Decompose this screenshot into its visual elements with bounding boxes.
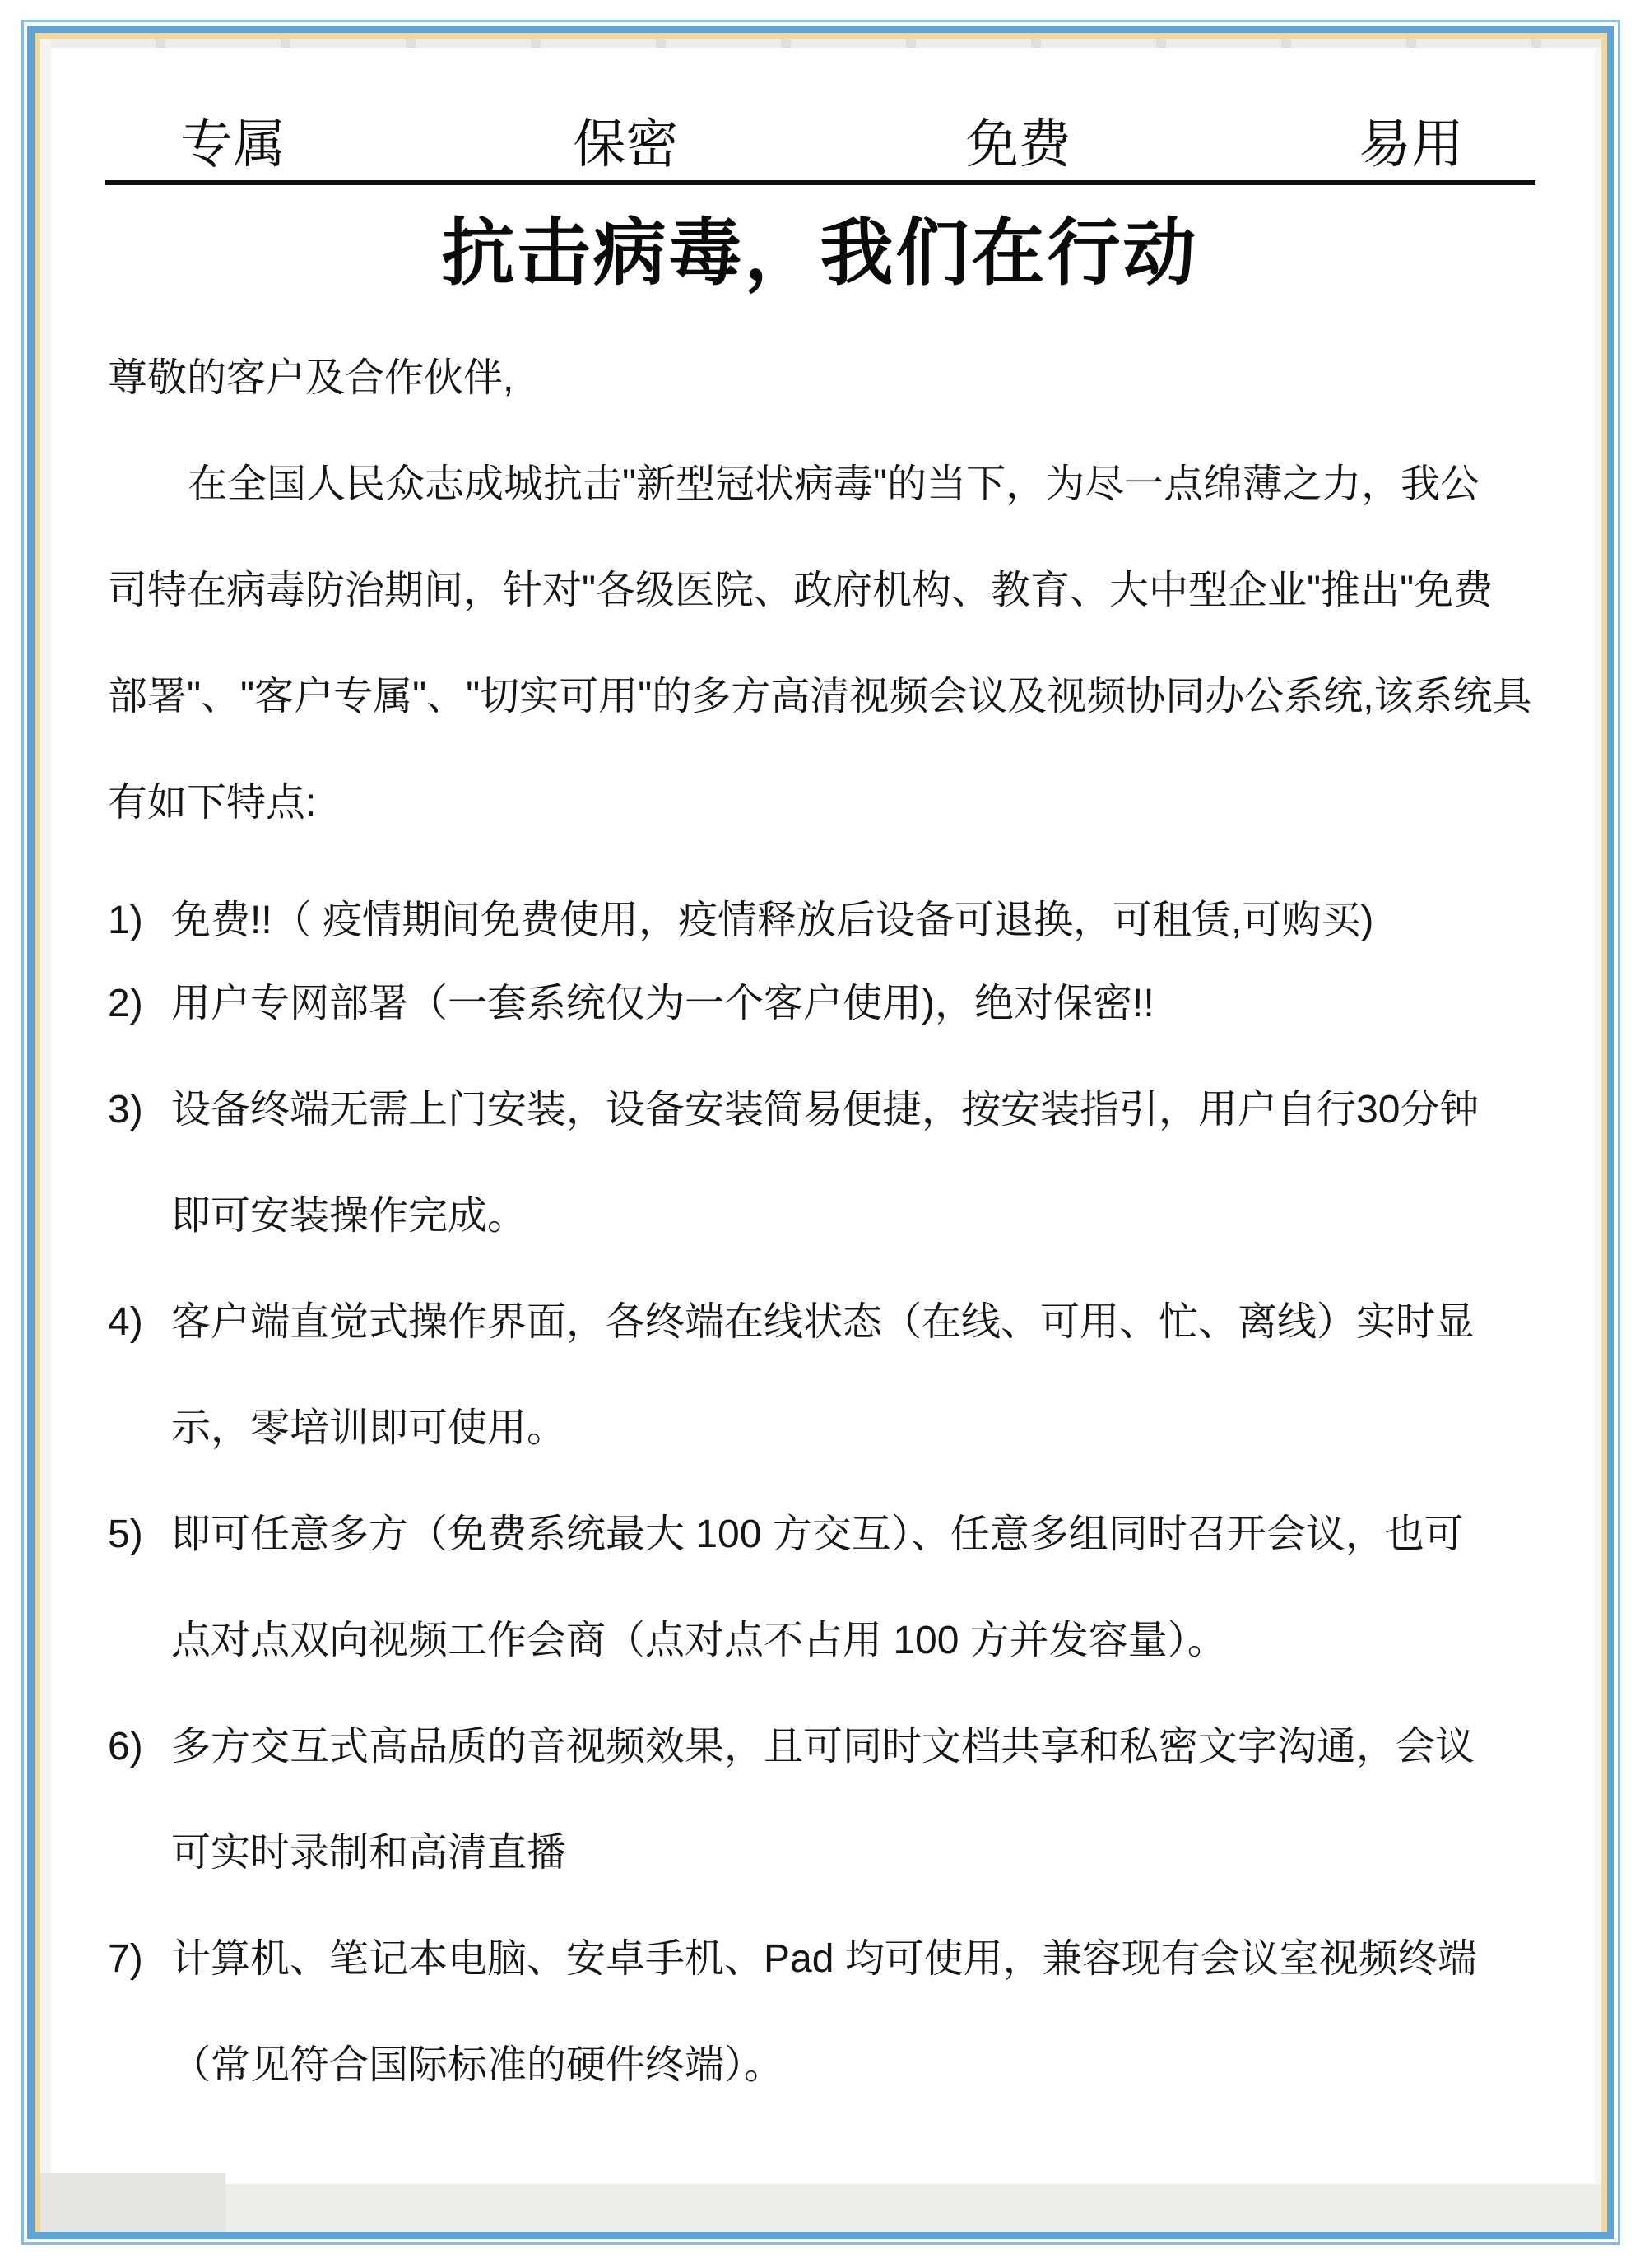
feature-number: 2): [108, 950, 171, 1057]
scan-shading-top: [40, 39, 1601, 48]
feature-item-4-continuation: 示，零培训即可使用。: [108, 1375, 1546, 1481]
document-page: 专属 保密 免费 易用 抗击病毒，我们在行动 尊敬的客户及合作伙伴, 在全国人民…: [0, 0, 1640, 2268]
feature-number: 7): [108, 1906, 171, 2012]
page-title: 抗击病毒，我们在行动: [0, 204, 1640, 301]
feature-text: 客户端直觉式操作界面，各终端在线状态（在线、可用、忙、离线）实时显: [171, 1300, 1475, 1344]
intro-line: 有如下特点:: [108, 750, 1546, 856]
scan-shading-corner: [40, 2173, 225, 2232]
feature-item-3: 3)设备终端无需上门安装，设备安装简易便捷，按安装指引，用户自行30分钟: [108, 1057, 1546, 1163]
body-text: 尊敬的客户及合作伙伴, 在全国人民众志成城抗击"新型冠状病毒"的当下，为尽一点绵…: [108, 325, 1546, 2118]
feature-text: 多方交互式高品质的音视频效果，且可同时文档共享和私密文字沟通，会议: [171, 1725, 1475, 1768]
header-tag-exclusive: 专属: [180, 115, 286, 174]
header-tags: 专属 保密 免费 易用: [109, 115, 1535, 174]
header-tag-easy: 易用: [1359, 115, 1464, 174]
intro-line: 司特在病毒防治期间，针对"各级医院、政府机构、教育、大中型企业"推出"免费: [108, 537, 1546, 644]
feature-text: 即可任意多方（免费系统最大 100 方交互）、任意多组同时召开会议，也可: [171, 1513, 1464, 1556]
feature-number: 4): [108, 1269, 171, 1375]
header-divider: [105, 180, 1535, 185]
salutation: 尊敬的客户及合作伙伴,: [108, 325, 1546, 431]
feature-item-6: 6)多方交互式高品质的音视频效果，且可同时文档共享和私密文字沟通，会议: [108, 1694, 1546, 1800]
feature-text: 用户专网部署（一套系统仅为一个客户使用)，绝对保密!!: [171, 982, 1155, 1025]
feature-number: 5): [108, 1481, 171, 1587]
scan-shading-left: [40, 39, 51, 2232]
header-tag-confidential: 保密: [573, 115, 678, 174]
feature-number: 6): [108, 1694, 171, 1800]
feature-text: 计算机、笔记本电脑、安卓手机、Pad 均可使用，兼容现有会议室视频终端: [171, 1937, 1477, 1981]
feature-item-7: 7)计算机、笔记本电脑、安卓手机、Pad 均可使用，兼容现有会议室视频终端: [108, 1906, 1546, 2012]
feature-item-5-continuation: 点对点双向视频工作会商（点对点不占用 100 方并发容量）。: [108, 1587, 1546, 1694]
feature-text: 设备终端无需上门安装，设备安装简易便捷，按安装指引，用户自行30分钟: [171, 1088, 1479, 1132]
feature-item-6-continuation: 可实时录制和高清直播: [108, 1800, 1546, 1906]
scan-shading-right: [1595, 48, 1601, 2186]
intro-line: 在全国人民众志成城抗击"新型冠状病毒"的当下，为尽一点绵薄之力，我公: [108, 431, 1546, 537]
scan-shading-bottom: [40, 2184, 1601, 2232]
feature-item-7-continuation: （常见符合国际标准的硬件终端）。: [108, 2012, 1546, 2118]
feature-item-4: 4)客户端直觉式操作界面，各终端在线状态（在线、可用、忙、离线）实时显: [108, 1269, 1546, 1375]
feature-item-3-continuation: 即可安装操作完成。: [108, 1163, 1546, 1269]
header-tag-free: 免费: [966, 115, 1071, 174]
feature-text: 免费!!（ 疫情期间免费使用，疫情释放后设备可退换，可租赁,可购买): [171, 899, 1373, 942]
feature-number: 3): [108, 1057, 171, 1163]
intro-line: 部署"、"客户专属"、"切实可用"的多方高清视频会议及视频协同办公系统,该系统具: [108, 644, 1546, 750]
feature-item-5: 5)即可任意多方（免费系统最大 100 方交互）、任意多组同时召开会议，也可: [108, 1481, 1546, 1587]
